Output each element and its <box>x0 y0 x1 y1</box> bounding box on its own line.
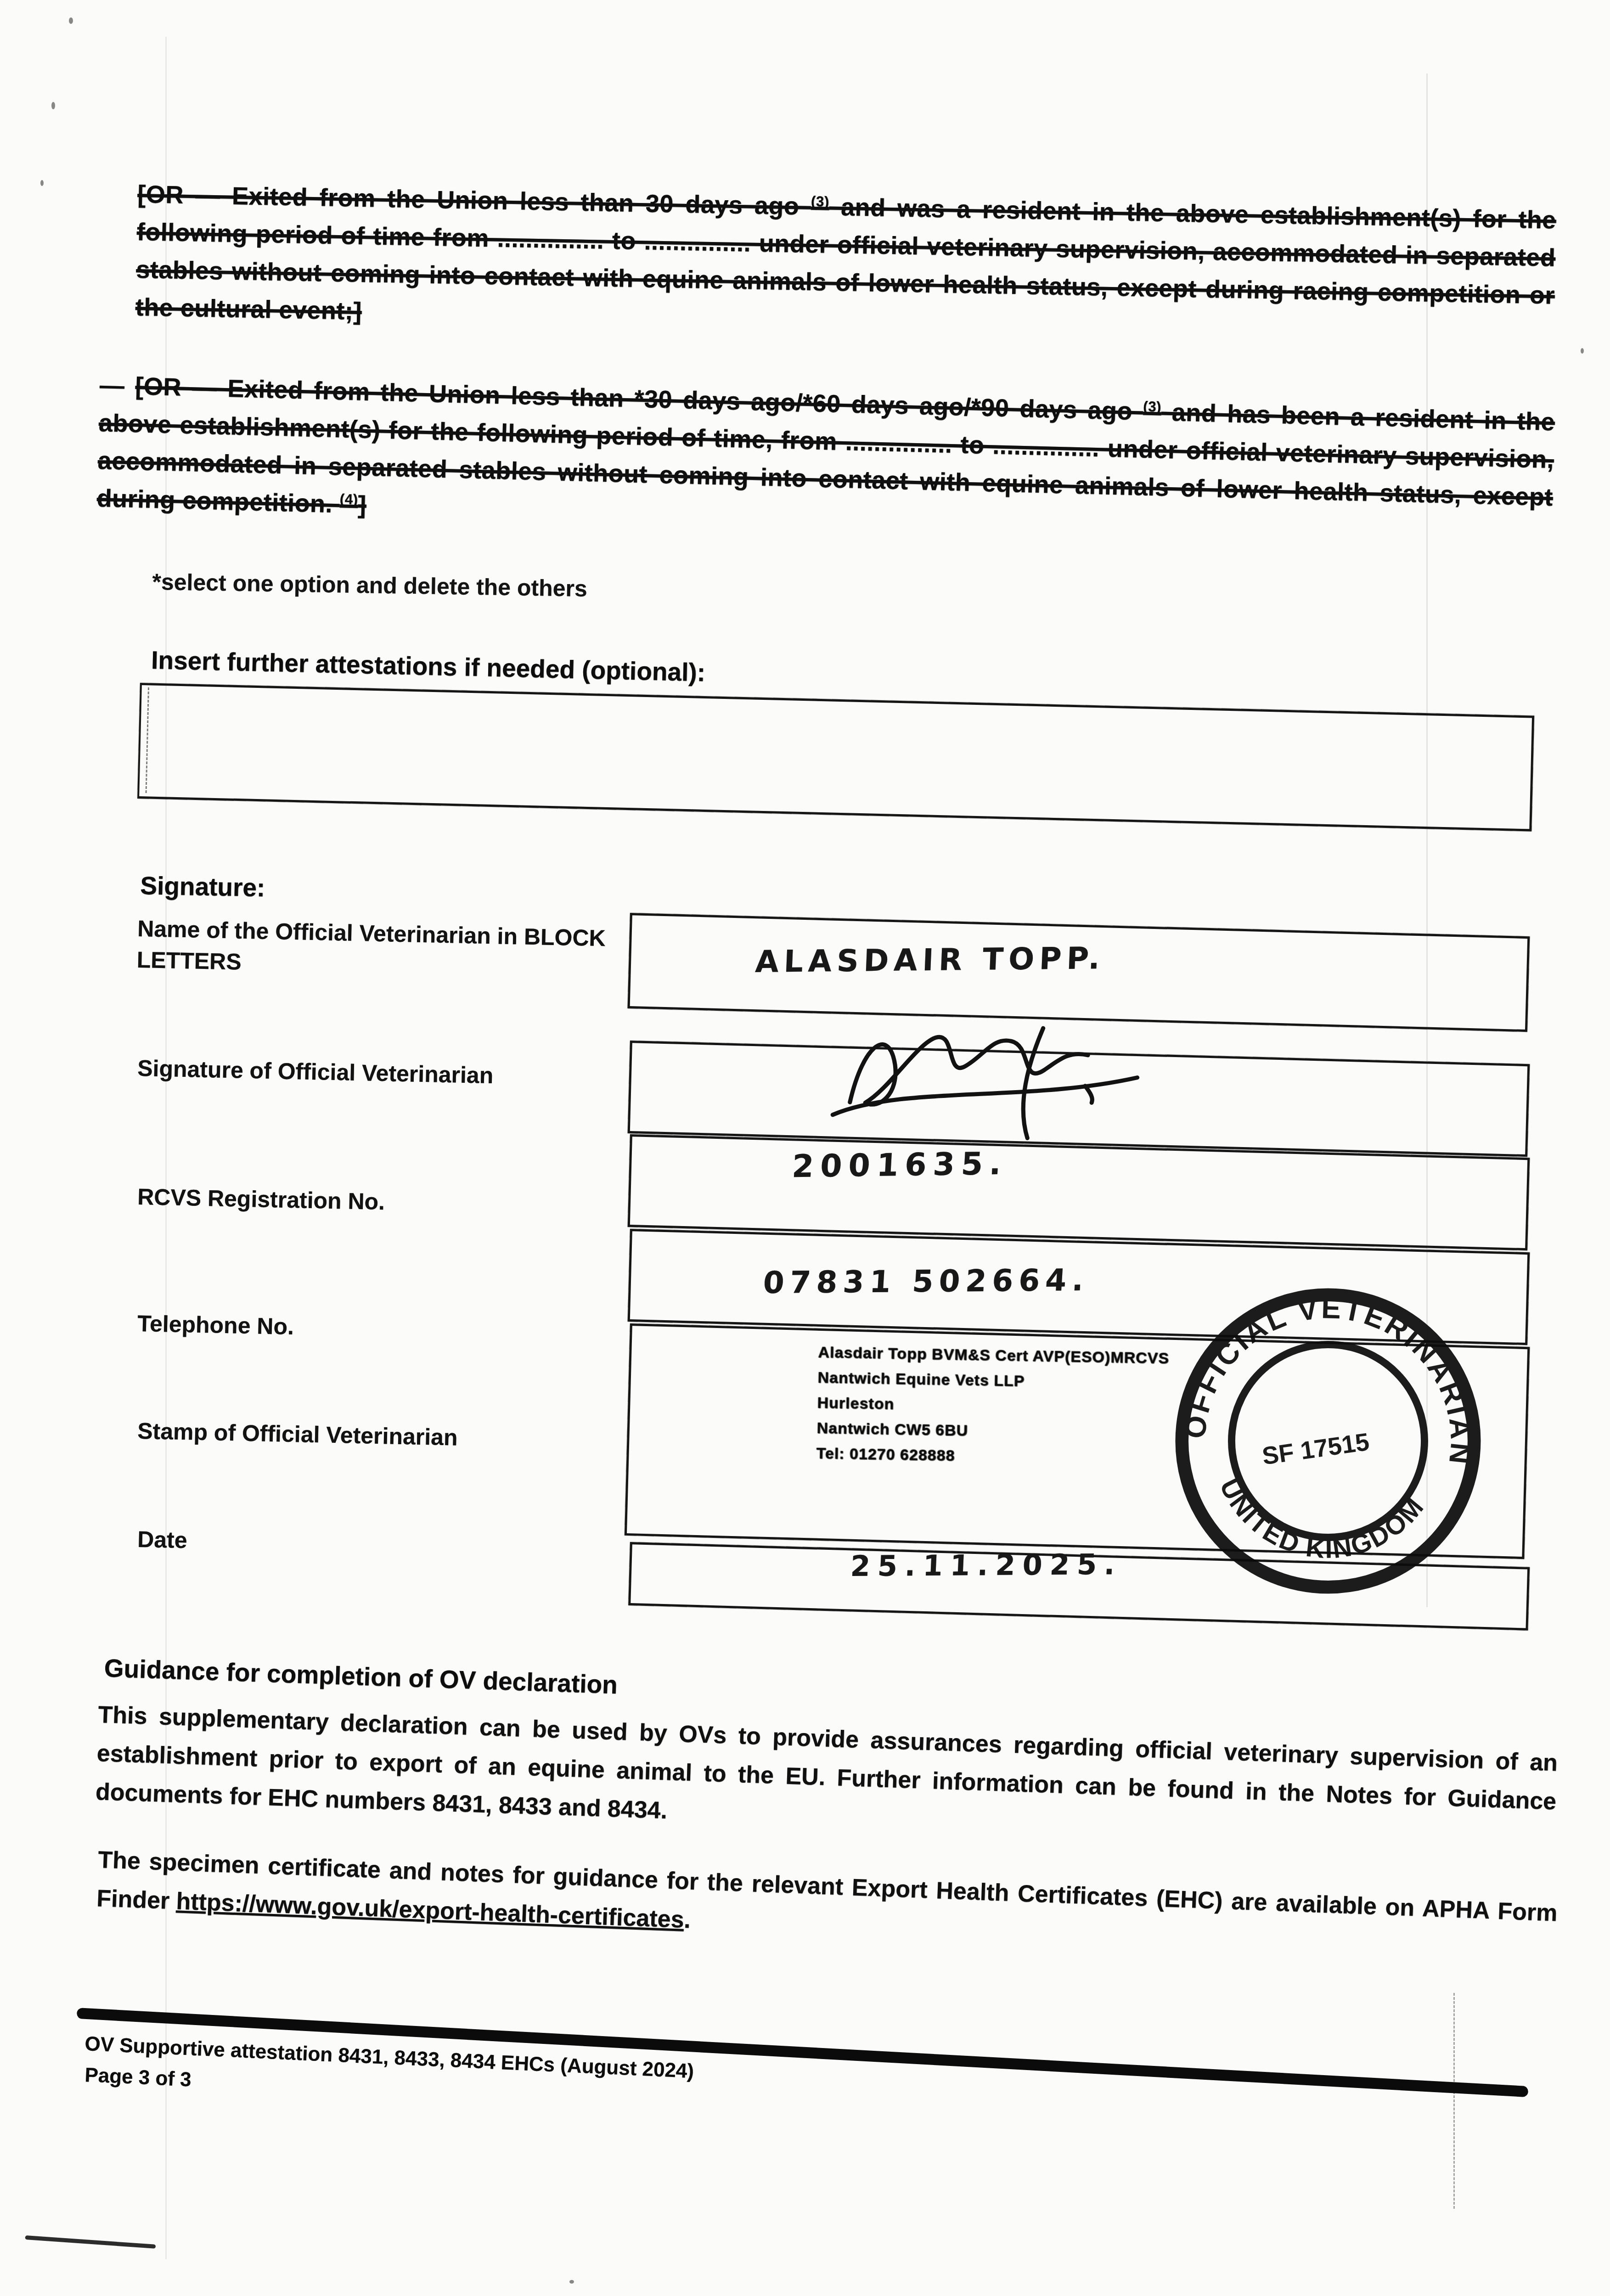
handwritten-date: 25.11.2025. <box>850 1548 1122 1582</box>
practice-stamp-text: Alasdair Topp BVM&S Cert AVP(ESO)MRCVS N… <box>816 1340 1204 1473</box>
scanned-ov-declaration-page: [OR — Exited from the Union less than 30… <box>0 0 1610 2296</box>
official-veterinarian-stamp: OFFICIAL VETERINARIAN UNITED KINGDOM SF … <box>1151 1264 1504 1617</box>
guidance-heading: Guidance for completion of OV declaratio… <box>104 1653 618 1699</box>
further-attestations-heading: Insert further attestations if needed (o… <box>151 645 706 687</box>
label-stamp-of-ov: Stamp of Official Veterinarian <box>137 1415 666 1458</box>
struck-text: [OR — Exited from the Union less than *3… <box>96 372 1555 519</box>
stamp-serial-number: SF 17515 <box>1261 1428 1371 1470</box>
speck <box>40 180 44 186</box>
speck <box>569 2280 574 2284</box>
label-date: Date <box>137 1524 413 1561</box>
footer-page-number: Page 3 of 3 <box>84 2061 192 2094</box>
select-option-note: *select one option and delete the others <box>152 568 587 602</box>
struck-text: [OR — Exited from the Union less than 30… <box>135 180 1556 325</box>
further-attestations-box <box>137 683 1534 831</box>
label-signature-of-ov: Signature of Official Veterinarian <box>137 1052 643 1094</box>
clause-exited-30-60-90-days: — [OR — Exited from the Union less than … <box>96 366 1555 554</box>
handwritten-telephone-number: 07831 502664. <box>763 1264 1089 1299</box>
footnote-3: (3) <box>811 193 829 210</box>
label-rcvs-registration-no: RCVS Registration No. <box>137 1181 643 1223</box>
speck <box>1581 348 1584 354</box>
footnote-4: (4) <box>339 491 358 507</box>
handwritten-ov-name: ALASDAIR TOPP. <box>755 942 1105 978</box>
export-health-certificates-link: https://www.gov.uk/export-health-certifi… <box>176 1888 685 1933</box>
label-name-of-ov: Name of the Official Veterinarian in BLO… <box>136 913 634 986</box>
signature-mark <box>824 1007 1150 1142</box>
dashed-streak-bottom-right <box>1453 1993 1455 2209</box>
stray-scan-line <box>25 2235 156 2249</box>
clause-exited-30-days: [OR — Exited from the Union less than 30… <box>135 175 1556 352</box>
footnote-3: (3) <box>1143 399 1162 415</box>
list-dash: — <box>99 371 135 400</box>
handwritten-rcvs-number: 2001635. <box>792 1147 1008 1183</box>
guidance-paragraph-2: The specimen certificate and notes for g… <box>96 1840 1558 1971</box>
label-telephone-no: Telephone No. <box>137 1308 643 1350</box>
speck <box>51 102 55 109</box>
guidance-paragraph-1: This supplementary declaration can be us… <box>95 1695 1559 1859</box>
signature-section-heading: Signature: <box>140 871 265 902</box>
speck <box>69 17 73 24</box>
